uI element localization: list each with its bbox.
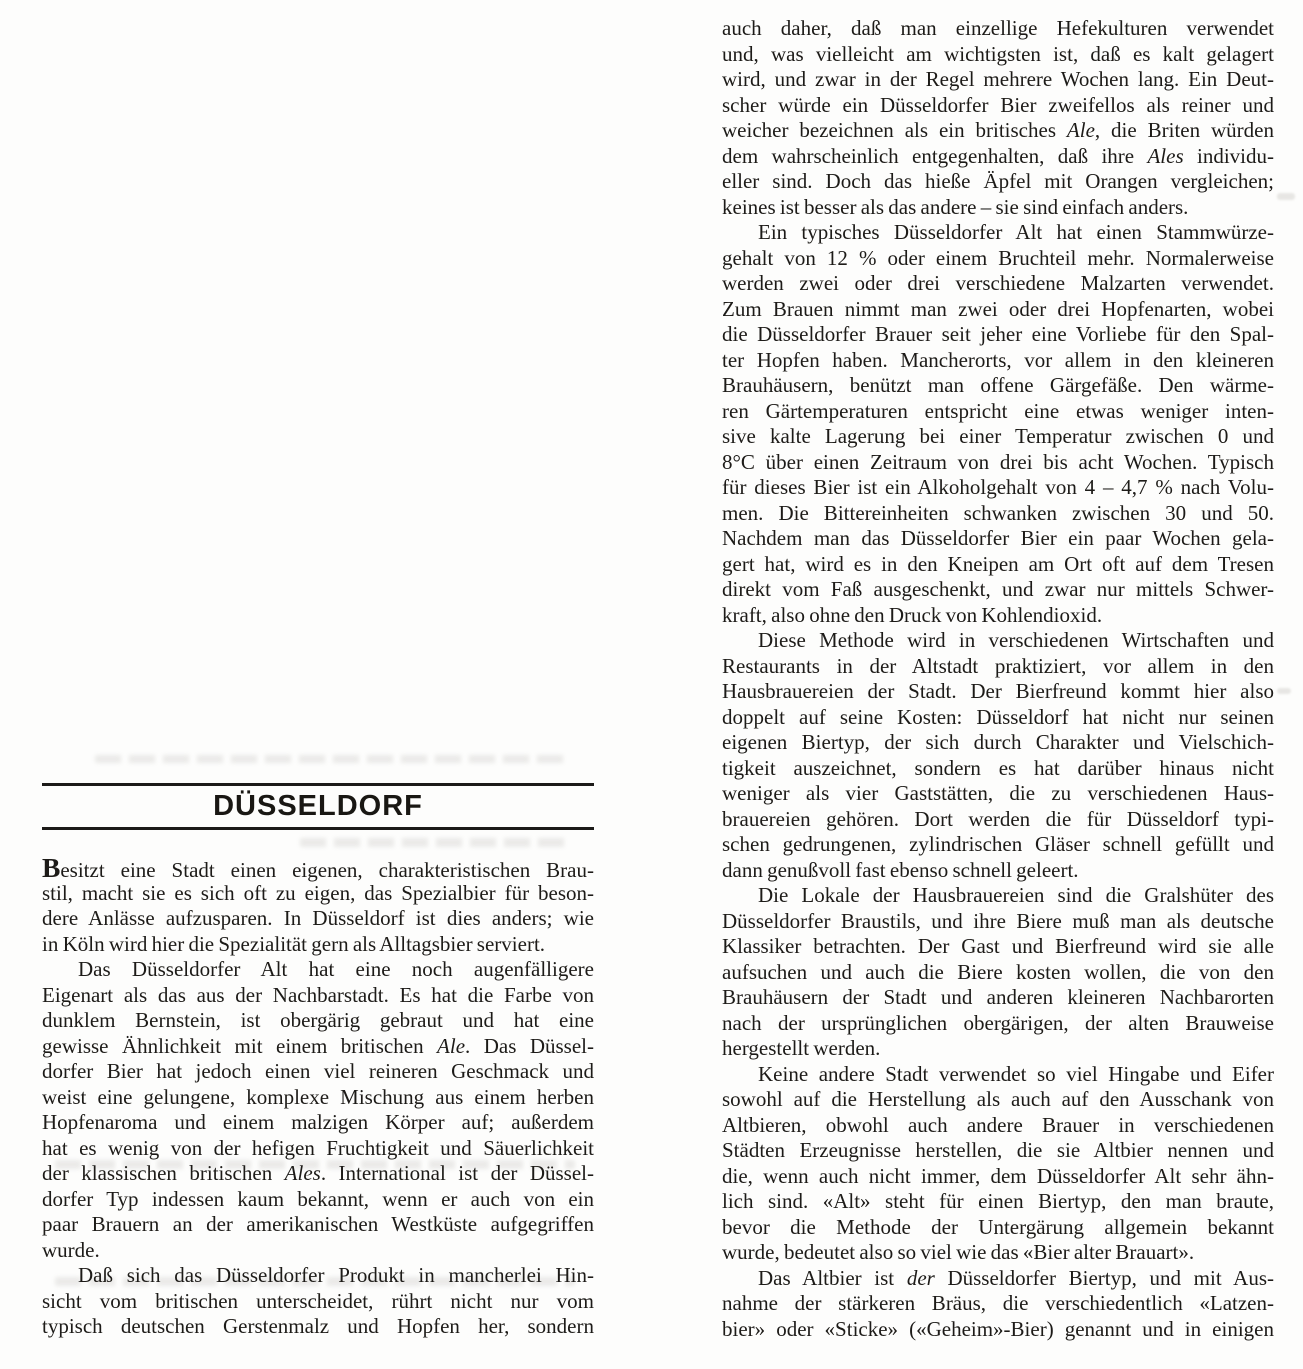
text-line: sowohl auf die Herstellung als auch auf …	[722, 1087, 1274, 1113]
text-line: sive kalte Lagerung bei einer Temperatur…	[722, 424, 1274, 450]
text-line: dann genußvoll fast ebenso schnell gelee…	[722, 858, 1274, 884]
text-line: sicht vom britischen unterscheidet, rühr…	[42, 1289, 594, 1315]
section-heading-block: DÜSSELDORF	[42, 783, 594, 830]
text-line: bier» oder «Sticke» («Geheim»-Bier) gena…	[722, 1317, 1274, 1343]
right-column-text: auch daher, daß man einzellige Hefekultu…	[722, 16, 1274, 1342]
text-line: Hopfenaroma und einem malzigen Körper au…	[42, 1110, 594, 1136]
heading-rule-bottom	[42, 827, 594, 830]
text-line: hat es wenig von der hefigen Fruchtigkei…	[42, 1136, 594, 1162]
text-line: Hausbrauereien der Stadt. Der Bierfreund…	[722, 679, 1274, 705]
text-line: hergestellt werden.	[722, 1036, 1274, 1062]
text-line: eller sind. Doch das hieße Äpfel mit Ora…	[722, 169, 1274, 195]
text-line: aufsuchen und auch die Biere kosten woll…	[722, 960, 1274, 986]
text-line: und, was vielleicht am wichtigsten ist, …	[722, 42, 1274, 68]
text-line: Daß sich das Düsseldorfer Produkt in man…	[42, 1263, 594, 1289]
text-line: Klassiker betrachten. Der Gast und Bierf…	[722, 934, 1274, 960]
text-line: gewisse Ähnlichkeit mit einem britischen…	[42, 1034, 594, 1060]
text-line: bevor die Methode der Untergärung allgem…	[722, 1215, 1274, 1241]
text-line: stil, macht sie es sich oft zu eigen, da…	[42, 881, 594, 907]
text-line: Brauhäusern der Stadt und anderen kleine…	[722, 985, 1274, 1011]
text-line: auch daher, daß man einzellige Hefekultu…	[722, 16, 1274, 42]
text-line: weniger als vier Gaststätten, die zu ver…	[722, 781, 1274, 807]
text-line: ren Gärtemperaturen entspricht eine etwa…	[722, 399, 1274, 425]
text-line: Das Düsseldorfer Alt hat eine noch augen…	[42, 957, 594, 983]
text-line: Zum Brauen nimmt man zwei oder drei Hopf…	[722, 297, 1274, 323]
scan-artifact	[1277, 193, 1295, 200]
text-line: Eigenart als das aus der Nachbarstadt. E…	[42, 983, 594, 1009]
text-line: für dieses Bier ist ein Alkoholgehalt vo…	[722, 475, 1274, 501]
text-line: nach der ursprünglichen obergärigen, der…	[722, 1011, 1274, 1037]
text-line: typisch deutschen Gerstenmalz und Hopfen…	[42, 1314, 594, 1340]
text-line: men. Die Bittereinheiten schwanken zwisc…	[722, 501, 1274, 527]
scan-artifact	[1277, 688, 1291, 694]
text-line: Ein typisches Düsseldorfer Alt hat einen…	[722, 220, 1274, 246]
text-line: wird, und zwar in der Regel mehrere Woch…	[722, 67, 1274, 93]
text-line: Düsseldorfer Braustils, und ihre Biere m…	[722, 909, 1274, 935]
text-line: Nachdem man das Düsseldorfer Bier ein pa…	[722, 526, 1274, 552]
text-line: gert hat, wird es in den Kneipen am Ort …	[722, 552, 1274, 578]
text-line: nahme der stärkeren Bräus, die verschied…	[722, 1291, 1274, 1317]
text-line: keines ist besser als das andere – sie s…	[722, 195, 1274, 221]
text-line: die, wenn auch nicht immer, dem Düsseldo…	[722, 1164, 1274, 1190]
text-line: Keine andere Stadt verwendet so viel Hin…	[722, 1062, 1274, 1088]
left-column-text: Besitzt eine Stadt einen eigenen, charak…	[42, 855, 594, 1340]
scanned-book-page: DÜSSELDORF Besitzt eine Stadt einen eige…	[0, 0, 1303, 1369]
scan-artifact	[95, 755, 565, 763]
text-line: ter Hopfen haben. Mancherorts, vor allem…	[722, 348, 1274, 374]
text-line: tigkeit auszeichnet, sondern es hat darü…	[722, 756, 1274, 782]
text-line: kraft, also ohne den Druck von Kohlendio…	[722, 603, 1274, 629]
text-line: Restaurants in der Altstadt praktiziert,…	[722, 654, 1274, 680]
text-line: Brauhäusern, benützt man offene Gärgefäß…	[722, 373, 1274, 399]
text-line: weist eine gelungene, komplexe Mischung …	[42, 1085, 594, 1111]
text-line: Die Lokale der Hausbrauereien sind die G…	[722, 883, 1274, 909]
right-column: auch daher, daß man einzellige Hefekultu…	[722, 16, 1274, 1342]
text-line: scher würde ein Düsseldorfer Bier zweife…	[722, 93, 1274, 119]
text-line: Das Altbier ist der Düsseldorfer Biertyp…	[722, 1266, 1274, 1292]
text-line: weicher bezeichnen als ein britisches Al…	[722, 118, 1274, 144]
text-line: direkt vom Faß ausgeschenkt, und zwar nu…	[722, 577, 1274, 603]
text-line: werden zwei oder drei verschiedene Malza…	[722, 271, 1274, 297]
text-line: dere Anlässe aufzusparen. In Düsseldorf …	[42, 906, 594, 932]
text-line: die Düsseldorfer Brauer seit jeher eine …	[722, 322, 1274, 348]
text-line: lich sind. «Alt» steht für einen Biertyp…	[722, 1189, 1274, 1215]
text-line: brauereien gehören. Dort werden die für …	[722, 807, 1274, 833]
text-line: dunklem Bernstein, ist obergärig gebraut…	[42, 1008, 594, 1034]
text-line: eigenen Biertyp, der sich durch Charakte…	[722, 730, 1274, 756]
text-line: Diese Methode wird in verschiedenen Wirt…	[722, 628, 1274, 654]
text-line: 8°C über einen Zeitraum von drei bis ach…	[722, 450, 1274, 476]
text-line: doppelt auf seine Kosten: Düsseldorf hat…	[722, 705, 1274, 731]
text-line: wurde.	[42, 1238, 594, 1264]
text-line: in Köln wird hier die Spezialität gern a…	[42, 932, 594, 958]
drop-cap: B	[42, 852, 60, 883]
text-line: dem wahrscheinlich entgegenhalten, daß i…	[722, 144, 1274, 170]
text-line: Städten Erzeugnisse herstellen, die sie …	[722, 1138, 1274, 1164]
text-line: paar Brauern an der amerikanischen Westk…	[42, 1212, 594, 1238]
text-line: der klassischen britischen Ales. Interna…	[42, 1161, 594, 1187]
left-column: DÜSSELDORF Besitzt eine Stadt einen eige…	[42, 783, 594, 1340]
text-line: wurde, bedeutet also so viel wie das «Bi…	[722, 1240, 1274, 1266]
text-line: Altbieren, obwohl auch andere Brauer in …	[722, 1113, 1274, 1139]
text-line: Besitzt eine Stadt einen eigenen, charak…	[42, 855, 594, 881]
text-line: dorfer Bier hat jedoch einen viel reiner…	[42, 1059, 594, 1085]
text-line: dorfer Typ indessen kaum bekannt, wenn e…	[42, 1187, 594, 1213]
text-line: schen gedrungenen, zylindrischen Gläser …	[722, 832, 1274, 858]
section-heading: DÜSSELDORF	[42, 786, 594, 827]
text-line: gehalt von 12 % oder einem Bruchteil meh…	[722, 246, 1274, 272]
